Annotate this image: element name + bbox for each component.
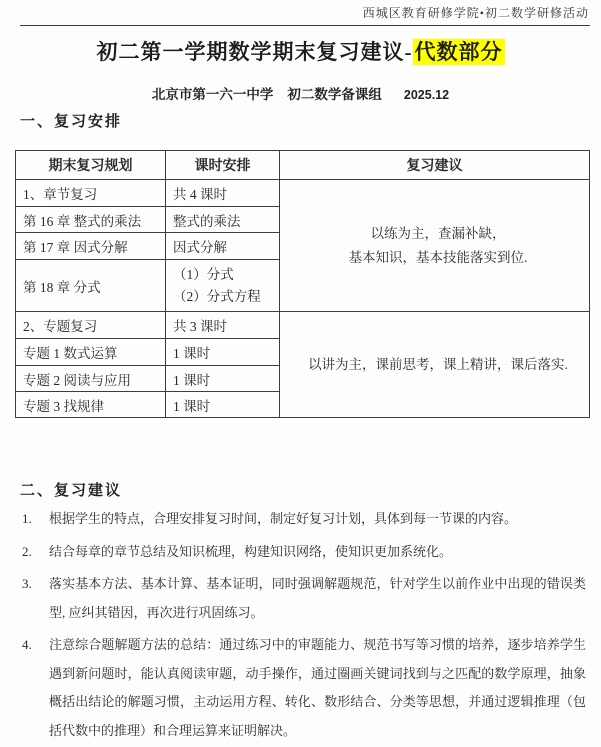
cell-hours: 1 课时 [166, 366, 280, 392]
header-divider [20, 25, 590, 26]
section-heading-review-plan: 一、复习安排 [20, 110, 122, 131]
list-item-text: 落实基本方法、基本计算、基本证明，同时强调解题规范，针对学生以前作业中出现的错误… [49, 576, 586, 620]
col-header-hours: 课时安排 [166, 151, 280, 180]
cell-hours: 共 4 课时 [166, 180, 280, 207]
cell-plan: 第 18 章 分式 [16, 260, 166, 312]
cell-plan: 专题 2 阅读与应用 [16, 366, 166, 392]
suggestion-list: 1. 根据学生的特点，合理安排复习时间，制定好复习计划，具体到每一节课的内容。 … [20, 505, 586, 747]
list-item-number: 4. [22, 631, 32, 660]
page-subtitle: 北京市第一六一中学初二数学备课组2025.12 [0, 83, 601, 103]
list-item: 2. 结合每章的章节总结及知识梳理，构建知识网络，使知识更加系统化。 [20, 538, 586, 567]
cell-hours: 1 课时 [166, 339, 280, 366]
cell-plan: 第 16 章 整式的乘法 [16, 207, 166, 233]
cell-plan: 1、章节复习 [16, 180, 166, 207]
list-item-text: 注意综合题解题方法的总结：通过练习中的审题能力、规范书写等习惯的培养，逐步培养学… [49, 637, 586, 738]
list-item-number: 3. [22, 570, 32, 599]
cell-plan: 专题 1 数式运算 [16, 339, 166, 366]
section-heading-review-suggestions: 二、复习建议 [20, 479, 122, 500]
advice-cell-chapter-review: 以练为主，查漏补缺， 基本知识，基本技能落实到位. [280, 180, 590, 312]
cell-plan: 第 17 章 因式分解 [16, 233, 166, 260]
list-item-text: 根据学生的特点，合理安排复习时间，制定好复习计划，具体到每一节课的内容。 [49, 511, 517, 526]
cell-hours: 1 课时 [166, 392, 280, 418]
cell-hours: 共 3 课时 [166, 312, 280, 339]
list-item: 4. 注意综合题解题方法的总结：通过练习中的审题能力、规范书写等习惯的培养，逐步… [20, 631, 586, 745]
advice-cell-topic-review: 以讲为主，课前思考，课上精讲，课后落实. [280, 312, 590, 418]
subtitle-date: 2025.12 [404, 88, 449, 102]
table-row: 2、专题复习 共 3 课时 以讲为主，课前思考，课上精讲，课后落实. [16, 312, 590, 339]
col-header-advice: 复习建议 [280, 151, 590, 180]
advice-line-2: 基本知识，基本技能落实到位. [287, 246, 589, 270]
list-item-text: 结合每章的章节总结及知识梳理，构建知识网络，使知识更加系统化。 [49, 544, 452, 559]
cell-hours: 因式分解 [166, 233, 280, 260]
subtitle-school: 北京市第一六一中学 [152, 87, 274, 102]
col-header-plan: 期末复习规划 [16, 151, 166, 180]
title-highlighted-part: 代数部分 [413, 39, 505, 65]
hours-line-1: （1）分式 [173, 264, 279, 286]
table-header-row: 期末复习规划 课时安排 复习建议 [16, 151, 590, 180]
list-item-number: 1. [22, 505, 32, 534]
subtitle-group: 初二数学备课组 [287, 87, 382, 102]
cell-hours: （1）分式 （2）分式方程 [166, 260, 280, 312]
list-item: 3. 落实基本方法、基本计算、基本证明，同时强调解题规范，针对学生以前作业中出现… [20, 570, 586, 627]
list-item: 1. 根据学生的特点，合理安排复习时间，制定好复习计划，具体到每一节课的内容。 [20, 505, 586, 534]
page-title: 初二第一学期数学期末复习建议-代数部分 [0, 36, 601, 66]
hours-line-2: （2）分式方程 [173, 286, 279, 308]
document-page: 西城区教育研修学院•初二数学研修活动 初二第一学期数学期末复习建议-代数部分 北… [0, 0, 601, 747]
page-header-text: 西城区教育研修学院•初二数学研修活动 [363, 4, 589, 21]
table-row: 1、章节复习 共 4 课时 以练为主，查漏补缺， 基本知识，基本技能落实到位. [16, 180, 590, 207]
review-plan-table: 期末复习规划 课时安排 复习建议 1、章节复习 共 4 课时 以练为主，查漏补缺… [15, 150, 590, 418]
list-item-number: 2. [22, 538, 32, 567]
cell-plan: 2、专题复习 [16, 312, 166, 339]
cell-hours: 整式的乘法 [166, 207, 280, 233]
cell-plan: 专题 3 找规律 [16, 392, 166, 418]
title-main: 初二第一学期数学期末复习建议- [97, 40, 413, 64]
advice-line-1: 以练为主，查漏补缺， [287, 222, 589, 246]
